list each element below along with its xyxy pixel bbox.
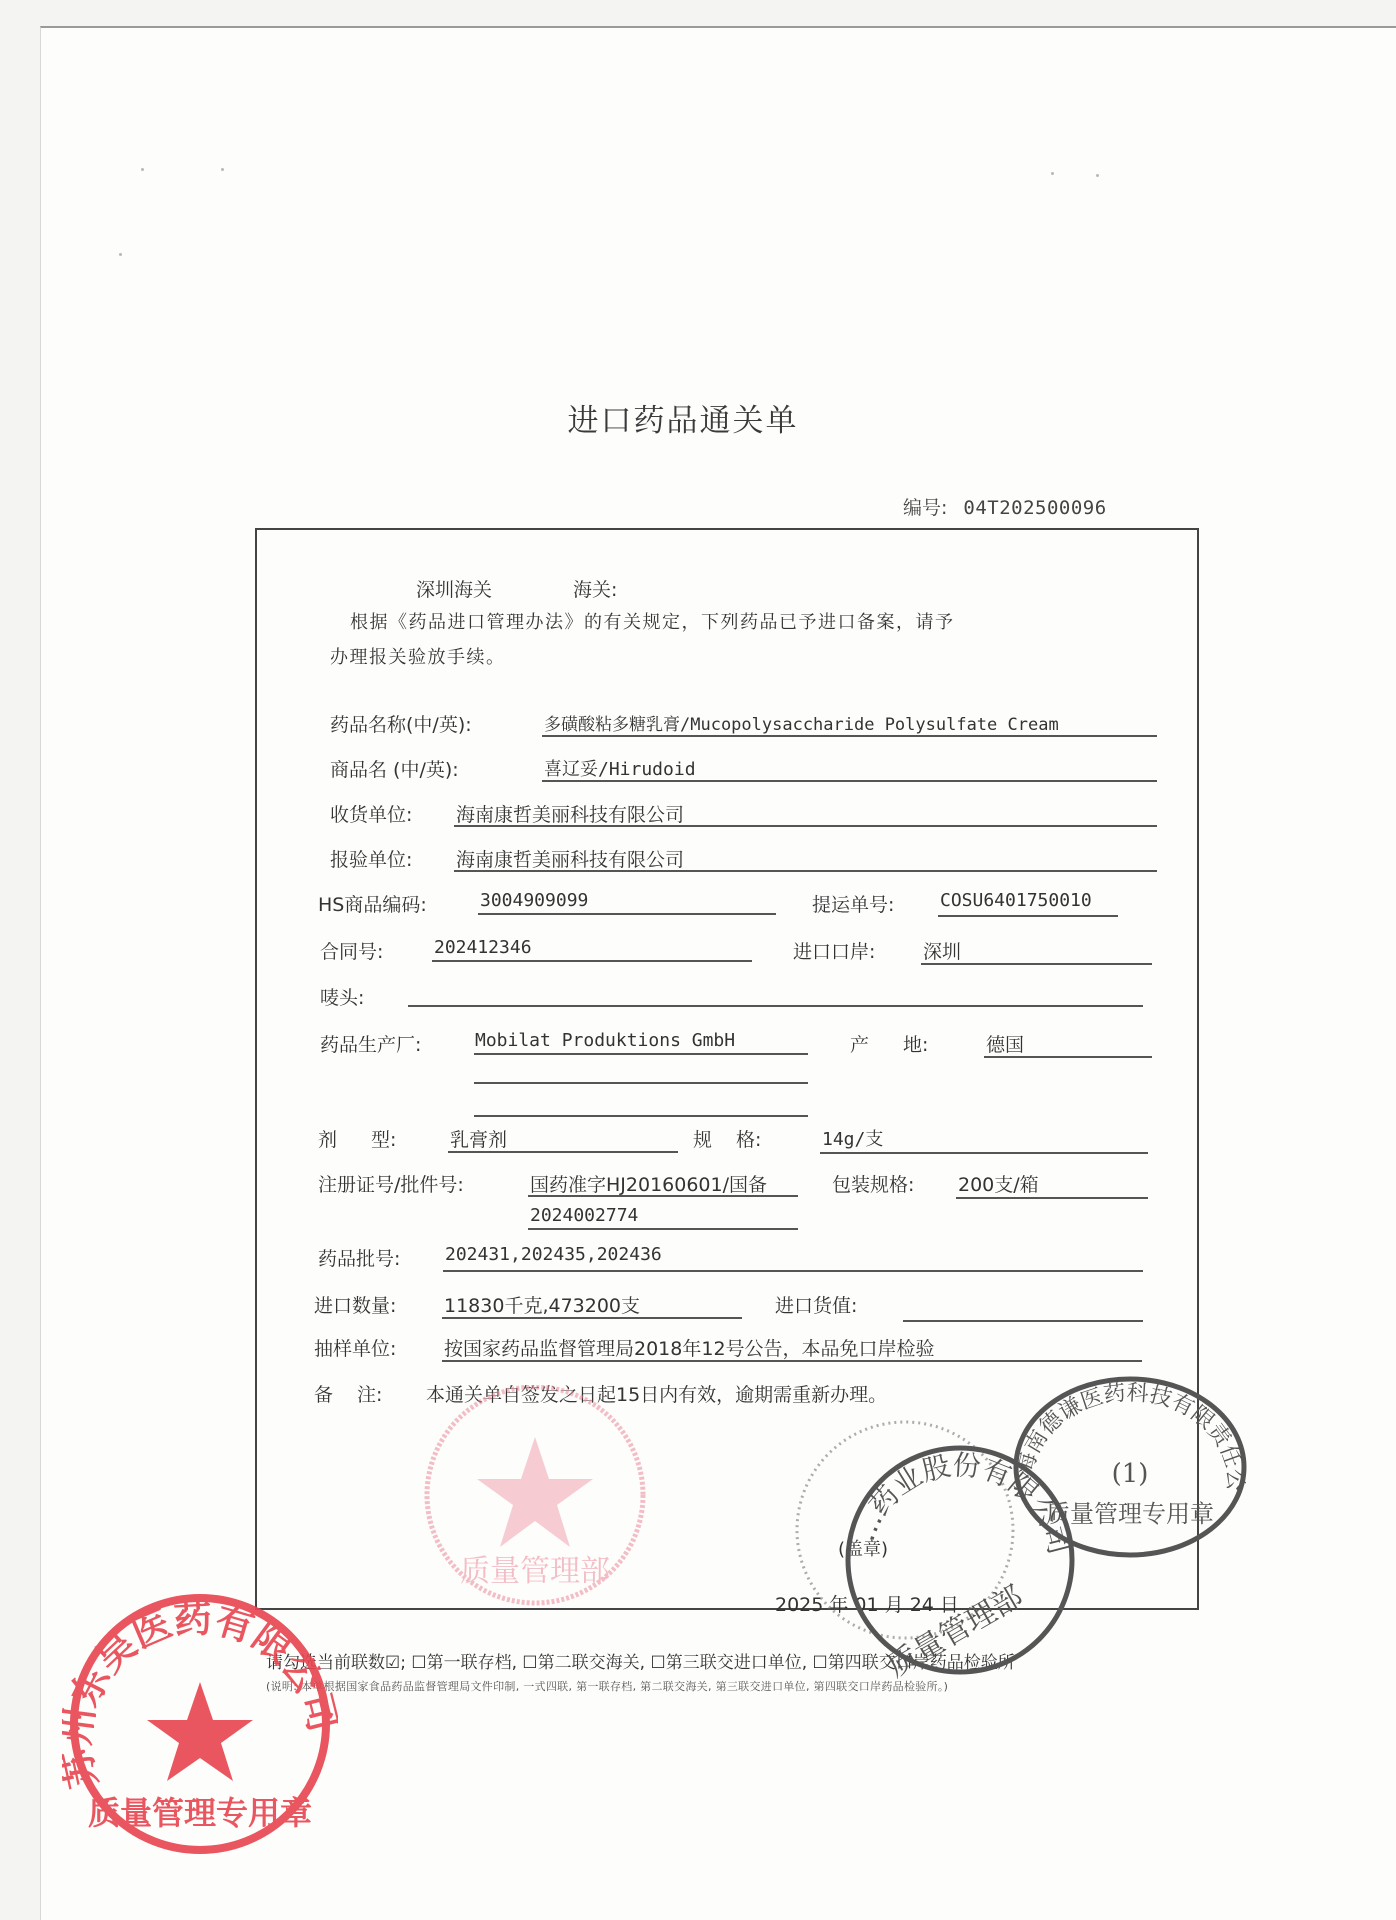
hainan-stamp-bottom-text: 质量管理专用章 — [1046, 1500, 1214, 1528]
registration-no-underline-2 — [528, 1228, 798, 1230]
hs-code-value: 3004909099 — [480, 890, 588, 911]
pharma-co-stamp-bottom-text: 质量管理部 — [882, 1579, 1029, 1680]
serial-number: 编号:04T202500096 — [903, 493, 1107, 520]
remarks-label: 备注: — [314, 1380, 382, 1407]
manufacturer-value: Mobilat Produktions GmbH — [475, 1030, 735, 1051]
import-quantity-underline — [442, 1317, 742, 1319]
specification-label-char1: 规 — [693, 1129, 712, 1151]
registration-no-underline — [528, 1195, 798, 1197]
drug-name-underline — [542, 735, 1157, 737]
sampling-unit-value: 按国家药品监督管理局2018年12号公告，本品免口岸检验 — [444, 1334, 935, 1361]
import-quantity-label: 进口数量: — [314, 1291, 396, 1318]
suzhou-dongwu-stamp: 苏州东吴医药有限公司 质量管理专用章 — [62, 1592, 338, 1856]
sampling-unit-label: 抽样单位: — [314, 1334, 396, 1361]
inspection-applicant-label: 报验单位: — [330, 845, 412, 872]
consignee-underline — [454, 825, 1157, 827]
dosage-form-value: 乳膏剂 — [450, 1125, 507, 1152]
serial-value: 04T202500096 — [963, 497, 1106, 519]
intro-paragraph-line2: 办理报关验放手续。 — [330, 643, 506, 669]
trade-name-value: 喜辽妥/Hirudoid — [544, 755, 696, 781]
scan-speck — [1096, 174, 1099, 177]
shipping-mark-label: 唛头: — [320, 983, 364, 1010]
origin-underline — [984, 1056, 1152, 1058]
remarks-label-char1: 备 — [314, 1384, 333, 1406]
zhejiang-stamp: 质量管理部 — [400, 1385, 680, 1635]
import-quantity-value: 11830千克,473200支 — [444, 1291, 640, 1318]
origin-label-char1: 产 — [850, 1034, 869, 1056]
manufacturer-underline-2 — [474, 1082, 808, 1084]
batch-no-label: 药品批号: — [318, 1244, 400, 1271]
zhejiang-stamp-text: 质量管理部 — [460, 1554, 610, 1589]
import-value-label: 进口货值: — [775, 1291, 857, 1318]
document-title: 进口药品通关单 — [0, 395, 1396, 440]
scan-speck — [221, 168, 224, 171]
hs-code-label: HS商品编码: — [318, 890, 427, 917]
trade-name-label: 商品名 (中/英): — [330, 755, 459, 782]
drug-name-label: 药品名称(中/英): — [330, 710, 472, 737]
origin-label-char2: 地: — [903, 1034, 928, 1056]
manufacturer-underline-3 — [474, 1115, 808, 1117]
import-port-underline — [921, 963, 1152, 965]
hainan-stamp-middle-text: (1) — [1112, 1459, 1149, 1489]
scan-speck — [119, 253, 122, 256]
batch-no-underline — [443, 1270, 1143, 1272]
manufacturer-underline — [474, 1053, 808, 1055]
suzhou-stamp-bottom-text: 质量管理专用章 — [88, 1794, 312, 1832]
import-value-underline — [903, 1320, 1143, 1322]
shipping-mark-underline — [408, 1005, 1143, 1007]
contract-no-label: 合同号: — [320, 937, 383, 964]
origin-value: 德国 — [986, 1030, 1024, 1057]
scan-speck — [141, 168, 144, 171]
dosage-form-label: 剂型: — [318, 1125, 396, 1152]
customs-suffix: 海关: — [573, 575, 617, 602]
dosage-form-underline — [448, 1151, 678, 1153]
registration-no-value-line2: 2024002774 — [530, 1205, 638, 1226]
specification-label: 规格: — [693, 1125, 761, 1152]
hs-code-underline — [478, 913, 776, 915]
inspection-applicant-underline — [454, 870, 1157, 872]
specification-underline — [820, 1152, 1148, 1154]
consignee-label: 收货单位: — [330, 800, 412, 827]
serial-label: 编号: — [903, 497, 947, 519]
dosage-form-label-char2: 型: — [371, 1129, 396, 1151]
scan-speck — [1051, 172, 1054, 175]
import-port-value: 深圳 — [923, 937, 961, 964]
bill-of-lading-label: 提运单号: — [812, 890, 894, 917]
contract-no-value: 202412346 — [434, 937, 532, 958]
remarks-label-char2: 注: — [357, 1384, 382, 1406]
customs-office: 深圳海关 — [416, 575, 492, 602]
packaging-value: 200支/箱 — [958, 1170, 1039, 1197]
footer-note: (说明: 本单根据国家食品药品监督管理局文件印制, 一式四联, 第一联存档, 第… — [266, 1678, 948, 1694]
registration-no-label: 注册证号/批件号: — [318, 1170, 464, 1197]
sampling-unit-underline — [442, 1360, 1142, 1362]
batch-no-value: 202431,202435,202436 — [445, 1244, 662, 1265]
import-port-label: 进口口岸: — [793, 937, 875, 964]
contract-no-underline — [432, 960, 752, 962]
dosage-form-label-char1: 剂 — [318, 1129, 337, 1151]
drug-name-value: 多磺酸粘多糖乳膏/Mucopolysaccharide Polysulfate … — [544, 710, 1059, 735]
registration-no-value-line1: 国药准字HJ20160601/国备 — [530, 1170, 767, 1197]
specification-label-char2: 格: — [736, 1129, 761, 1151]
specification-value: 14g/支 — [822, 1125, 883, 1151]
manufacturer-label: 药品生产厂: — [320, 1030, 421, 1057]
packaging-underline — [956, 1197, 1148, 1199]
intro-paragraph-line1: 根据《药品进口管理办法》的有关规定，下列药品已予进口备案，请予 — [350, 608, 955, 634]
bill-of-lading-value: COSU6401750010 — [940, 890, 1092, 911]
hainan-stamp: 海南德谦医药科技有限责任公司 (1) 质量管理专用章 — [1010, 1372, 1250, 1562]
consignee-value: 海南康哲美丽科技有限公司 — [456, 800, 684, 827]
inspection-applicant-value: 海南康哲美丽科技有限公司 — [456, 845, 684, 872]
origin-label: 产地: — [850, 1030, 928, 1057]
bill-of-lading-underline — [938, 915, 1118, 917]
packaging-label: 包装规格: — [832, 1170, 914, 1197]
trade-name-underline — [542, 780, 1157, 782]
